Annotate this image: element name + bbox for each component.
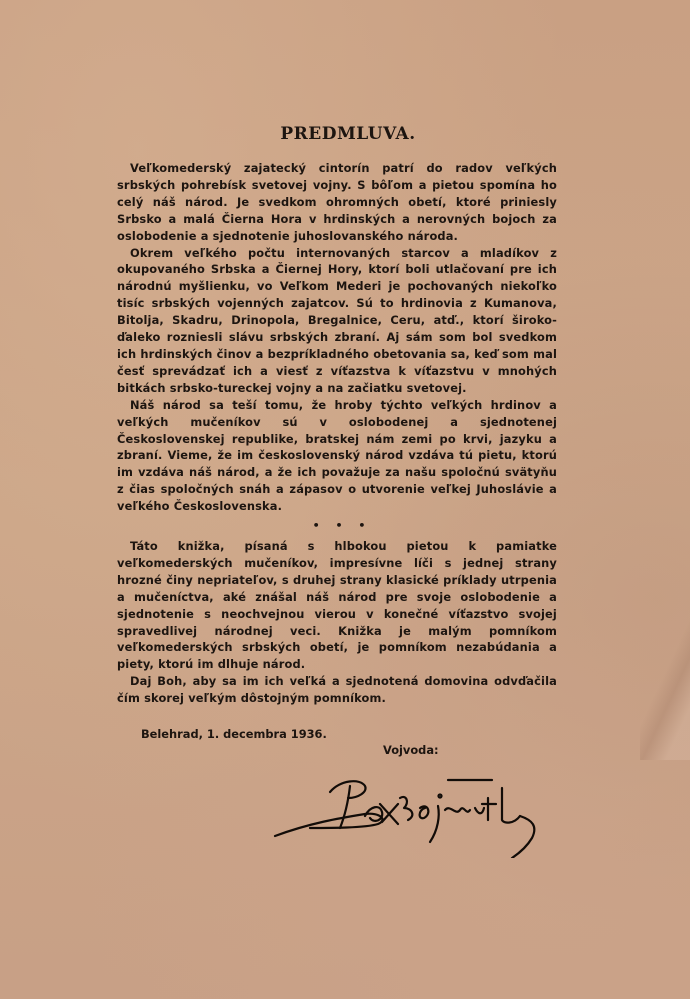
signer-title: Vojvoda: <box>383 743 557 757</box>
section-separator: • • • <box>117 519 557 532</box>
paragraph-2: Okrem veľkého počtu internovaných starco… <box>117 245 557 397</box>
place-date: Belehrad, 1. decembra 1936. <box>141 727 557 741</box>
page-title: PREDMLUVA. <box>139 124 557 144</box>
paragraph-5: Daj Boh, aby sa im ich veľká a sjednoten… <box>117 673 557 707</box>
signature-image <box>270 768 560 858</box>
paragraph-4: Táto knižka, písaná s hlbokou pietou k p… <box>117 538 557 673</box>
paragraph-1: Veľkomederský zajatecký cintorín patrí d… <box>117 160 557 245</box>
paper-fold-shadow <box>640 610 690 760</box>
document-page: PREDMLUVA. Veľkomederský zajatecký cinto… <box>117 124 557 757</box>
paragraph-3: Náš národ sa teší tomu, že hroby týchto … <box>117 397 557 515</box>
